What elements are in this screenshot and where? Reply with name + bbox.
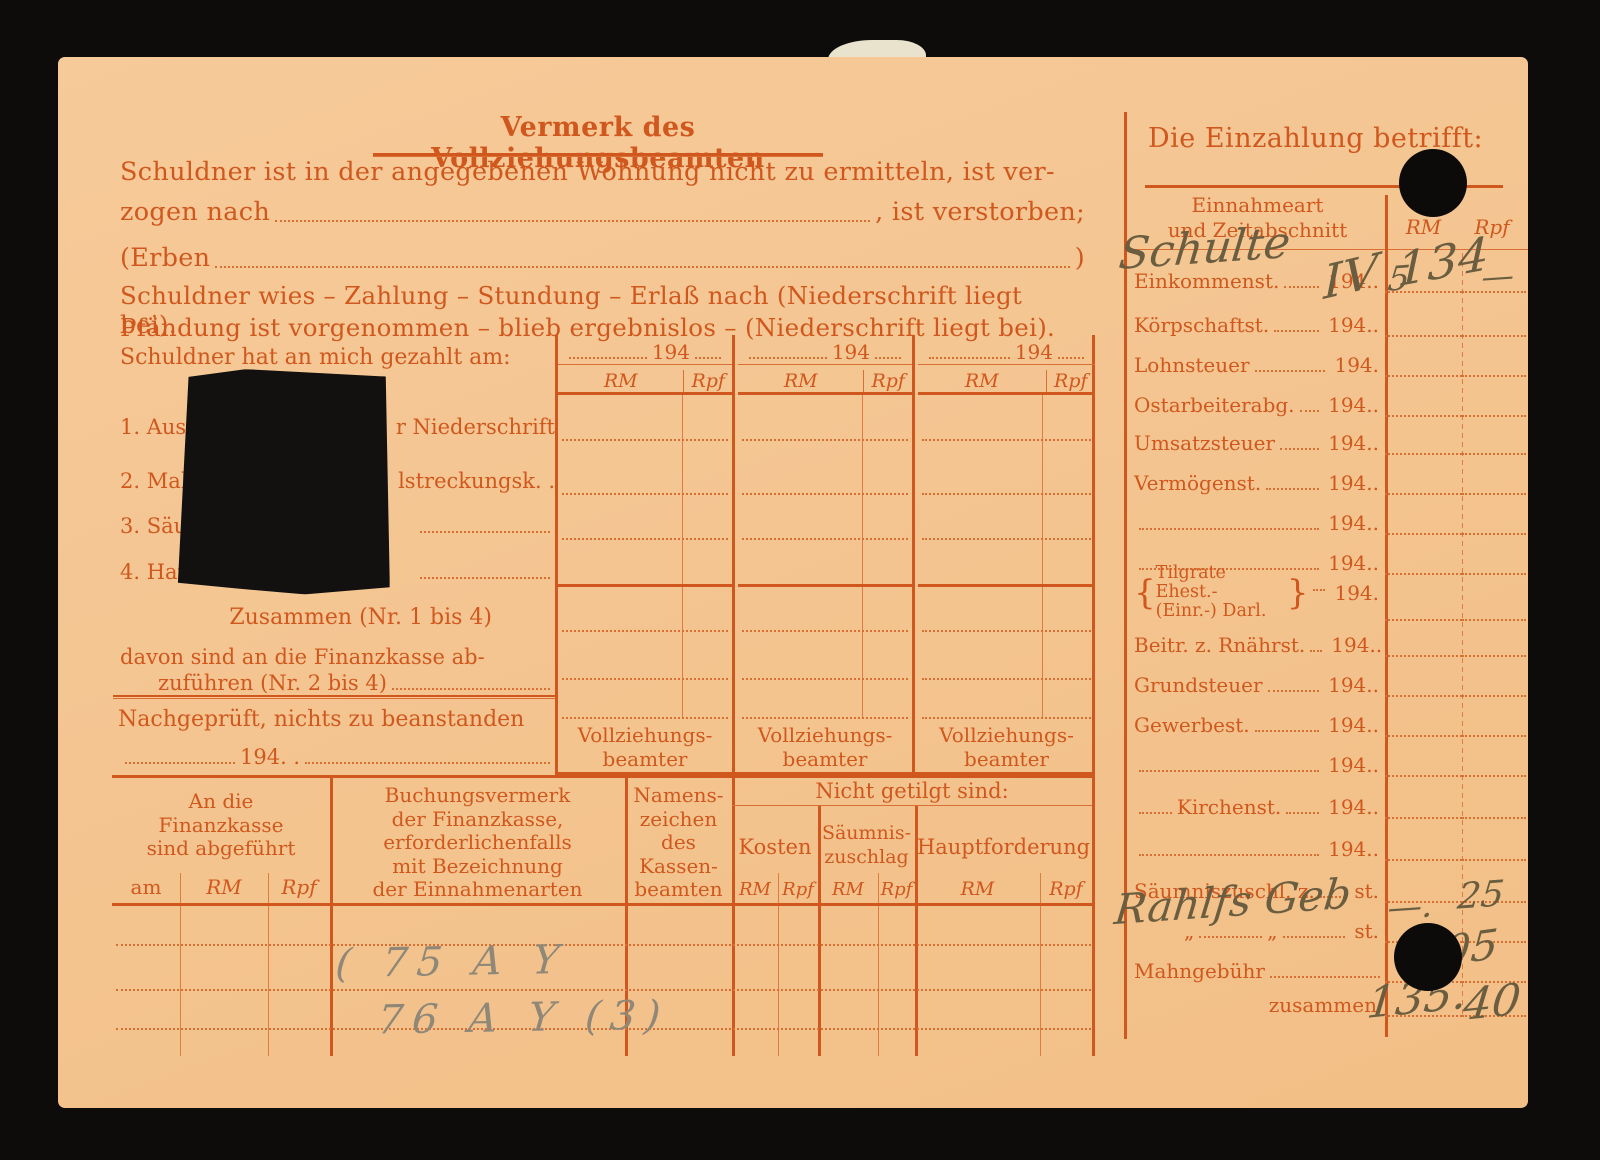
officer-label: Vollziehungs- beamter [738,723,912,771]
brace-open: { [1134,578,1156,608]
kosten-rm-header: RM [732,878,778,902]
tax-row-lohnsteuer: Lohnsteuer194. [1130,337,1526,377]
rm-cell [1385,415,1462,455]
payments-column-1: 194 RM Rpf Vollziehungs- beamter [558,335,735,772]
namen-line-2: zeichen [625,808,732,832]
column-separator [682,395,683,717]
dotted-line [1283,936,1346,938]
buchung-line-3: erforderlichenfalls [330,831,625,855]
form-card: Vermerk des Vollziehungsbeamten Schuldne… [58,57,1528,1108]
rpf-cell [1462,337,1526,377]
dotted-line [1139,770,1319,772]
row-line [116,989,1091,991]
am-column-header: am [112,876,180,900]
tax-year: 194.. [1324,795,1385,819]
dotted-line [1199,936,1262,938]
redaction-box [178,368,395,596]
rm-cell [1385,657,1462,697]
tax-label: Beitr. z. Rnährst. [1134,633,1305,657]
dotted-line [1139,528,1319,530]
header-bottom-rule [112,903,1095,906]
tax-row-beitrag-rnaehrstand: Beitr. z. Rnährst.194.. [1130,617,1526,657]
dotted-line [1300,410,1320,412]
dotted-line [695,357,721,359]
dotted-line [1139,812,1172,814]
finanzkasse-line-3: sind abgeführt [112,837,330,861]
rpf-label: Rpf [1046,370,1095,392]
tax-label: Grundsteuer [1134,673,1263,697]
tax-row-blank-3: 194.. [1130,737,1526,777]
paid-item-2-post: lstreckungsk. . [398,469,555,493]
column-separator [862,395,863,717]
dotted-line [1268,690,1320,692]
year-label: 194 [832,340,870,364]
buchung-line-1: Buchungsvermerk [330,784,625,808]
intro-line-3: (Erben ) [120,243,1085,273]
tax-row-ostarbeiterabgabe: Ostarbeiterabg.194.. [1130,377,1526,417]
rm-cell [1385,377,1462,417]
namen-line-1: Namens- [625,784,732,808]
officer-line-1: Vollziehungs- [918,723,1095,747]
paid-item-3-pre: 3. Säu [120,514,187,538]
section-line [558,584,732,587]
tax-year: 194.. [1324,471,1385,495]
table-rule [732,778,735,1056]
year-header: 194 [738,335,912,365]
group-header-rule [732,805,1092,806]
row-line [562,493,728,495]
handwritten-total-rpf: 40 [1461,974,1523,1031]
tax-label: Ostarbeiterabg. [1134,393,1295,417]
section-line [738,584,912,587]
rm-cell [1385,821,1462,861]
dotted-line [1310,650,1322,652]
dotted-line [420,577,550,579]
row-line [742,630,908,632]
row-line [742,717,908,719]
handwritten-income-rpf: — [1480,256,1516,296]
row-line [562,678,728,680]
buchung-line-4: mit Bezeichnung [330,855,625,879]
payments-column-3: 194 RM Rpf Vollziehungs- beamter [918,335,1095,772]
rm-cell [1385,455,1462,495]
namen-line-5: beamten [625,878,732,902]
year-blank-line: 194. . [120,745,555,769]
dotted-line [749,357,827,359]
dotted-line [1266,488,1319,490]
pencil-note-1: ( 75 A Y [334,937,570,987]
tax-row-grundsteuer: Grundsteuer194.. [1130,657,1526,697]
rpf-cell [1462,565,1526,621]
finanzkasse-line-2: Finanzkasse [112,814,330,838]
finanzkasse-header: An die Finanzkasse sind abgeführt [112,790,330,861]
row-line [562,439,728,441]
year-blank: 194. . [240,745,300,769]
tax-row-tilgrate: { Tilgrate Ehest.- (Einr.-) Darl. } 194. [1130,565,1526,621]
payments-cells: Vollziehungs- beamter [738,395,912,769]
officer-line-2: beamter [558,747,732,771]
dotted-line [125,762,235,764]
officer-line-2: beamter [918,747,1095,771]
rpf-cell [1462,779,1526,819]
officer-label: Vollziehungs- beamter [918,723,1095,771]
currency-header: RM Rpf [918,365,1095,395]
tax-row-umsatzsteuer: Umsatzsteuer194.. [1130,415,1526,455]
rpf-cell [1462,495,1526,535]
payments-column-2: 194 RM Rpf Vollziehungs- beamter [738,335,915,772]
year-header: 194 [918,335,1095,365]
tax-row-kirchensteuer: Kirchenst.194.. [1130,779,1526,819]
dotted-line [1274,330,1319,332]
row-line [922,630,1091,632]
dotted-line [1058,357,1084,359]
rpf-cell [1462,697,1526,737]
dotted-line [569,357,647,359]
rpf-cell [1462,297,1526,337]
remit-line-2-label: zuführen (Nr. 2 bis 4) [158,671,387,695]
row-line [562,630,728,632]
rpf-cell [1462,455,1526,495]
rm-cell [1385,617,1462,657]
einzahlung-title: Die Einzahlung betrifft: [1148,123,1528,154]
intro-line-2-pre: zogen nach [120,197,270,227]
intro-line-3-post: ) [1075,243,1085,273]
dotted-line [1139,854,1319,856]
dotted-line [875,357,901,359]
row-line [742,678,908,680]
row-line [922,538,1091,540]
year-header: 194 [558,335,732,365]
year-label: 194 [1015,340,1053,364]
rpf-cell [1462,617,1526,657]
punch-hole-top [1399,149,1467,217]
rm-label: RM [738,370,863,392]
scanned-form-card: { "colors": { "paper": "#f5c795", "ink":… [0,0,1600,1160]
einnahmeart-line-1: Einnahmeart [1130,193,1385,218]
row-line [922,678,1091,680]
kosten-rpf-header: Rpf [778,878,818,902]
tax-row-blank-4: 194.. [1130,821,1526,861]
nicht-getilgt-header: Nicht getilgt sind: [732,780,1092,804]
paid-section-heading: Schuldner hat an mich gezahlt am: [120,345,511,370]
tax-unit: st. [1350,919,1385,943]
rm-column-header: RM [180,876,268,900]
tax-row-vermoegensteuer: Vermögenst.194.. [1130,455,1526,495]
rm-label: RM [558,370,683,392]
tax-year: 194.. [1324,837,1385,861]
haupt-rm-header: RM [915,878,1040,902]
handwritten-fee-rpf: 25 [1456,873,1507,917]
row-line [742,493,908,495]
dotted-line [1255,730,1319,732]
buchung-line-2: der Finanzkasse, [330,808,625,832]
rm-cell [1385,779,1462,819]
tax-year: 194.. [1324,393,1385,417]
namenszeichen-header: Namens- zeichen des Kassen- beamten [625,784,732,902]
officer-label: Vollziehungs- beamter [558,723,732,771]
pencil-note-2: 76 A Y (3) [376,992,672,1043]
dotted-line [305,762,550,764]
dotted-line [1284,286,1319,288]
officer-line-1: Vollziehungs- [738,723,912,747]
haupt-rpf-header: Rpf [1040,878,1092,902]
payments-cells: Vollziehungs- beamter [918,395,1095,769]
rm-cell [1385,565,1462,621]
rpf-cell [1462,377,1526,417]
saeumnis-line-2: zuschlag [818,846,915,870]
tilgrate-line-1: Tilgrate Ehest.- [1156,564,1287,602]
paid-item-1-pre: 1. Aus [120,415,186,439]
tax-year: 194.. [1324,753,1385,777]
hauptforderung-header: Hauptforderung [915,836,1092,860]
kosten-header: Kosten [732,836,818,860]
section-line [918,584,1095,587]
dotted-line [1286,812,1319,814]
rpf-column-header: Rpf [268,876,330,900]
double-rule [113,695,555,699]
rm-cell [1385,297,1462,337]
officer-line-1: Vollziehungs- [558,723,732,747]
intro-line-1: Schuldner ist in der angegebenen Wohnung… [120,157,1085,187]
row-line [742,538,908,540]
tax-year: 194.. [1324,313,1385,337]
dotted-line [1280,448,1319,450]
rpf-cell [1462,821,1526,861]
tax-year: 194.. [1324,673,1385,697]
tax-label: Kirchenst. [1177,795,1281,819]
buchungsvermerk-header: Buchungsvermerk der Finanzkasse, erforde… [330,784,625,902]
buchung-line-5: der Einnahmenarten [330,878,625,902]
tax-label: Lohnsteuer [1134,353,1250,377]
namen-line-4: Kassen- [625,855,732,879]
tax-year: 194.. [1324,511,1385,535]
rm-cell [1385,697,1462,737]
currency-header: RM Rpf [558,365,732,395]
tax-row-blank-1: 194.. [1130,495,1526,535]
tax-year: 194. [1330,581,1385,605]
intro-line-2-post: , ist verstorben; [875,197,1085,227]
tax-year: 194.. [1324,431,1385,455]
row-line [922,717,1091,719]
dotted-line [1313,589,1325,591]
rm-cell [1385,737,1462,777]
checked-label: Nachgeprüft, nichts zu beanstanden [118,707,524,732]
brace-close: } [1287,578,1309,608]
tax-label: Körpschaftst. [1134,313,1269,337]
year-label: 194 [652,340,690,364]
tax-label: Gewerbest. [1134,713,1250,737]
saeumniszuschlag-header: Säumnis- zuschlag [818,822,915,869]
dotted-line [392,688,550,690]
tax-year: 194.. [1324,713,1385,737]
tax-label: Umsatzsteuer [1134,431,1275,455]
sum-label: Zusammen (Nr. 1 bis 4) [120,605,492,630]
row-line [562,717,728,719]
blank-line [215,266,1069,268]
column-separator [1042,395,1043,717]
rpf-label: Rpf [863,370,912,392]
rm-cell [1385,495,1462,535]
saeumnis-line-1: Säumnis- [818,822,915,846]
tax-year: 194. [1330,353,1385,377]
sz-rpf-header: Rpf [878,878,915,902]
rpf-cell [1462,737,1526,777]
sz-rm-header: RM [818,878,878,902]
rpf-cell [1462,657,1526,697]
intro-line-2: zogen nach , ist verstorben; [120,197,1085,227]
row-line [116,944,1091,946]
tax-label: Vermögenst. [1134,471,1261,495]
rm-label: RM [918,370,1046,392]
rpf-cell [1462,415,1526,455]
row-line [922,493,1091,495]
dotted-line [1255,370,1326,372]
namen-line-3: des [625,831,732,855]
punch-hole-bottom [1394,923,1462,991]
tax-year: 194.. [1327,633,1388,657]
remit-line-1: davon sind an die Finanzkasse ab- [120,645,485,669]
finanzkasse-line-1: An die [112,790,330,814]
paid-item-1-post: r Niederschrift [396,415,555,439]
rpf-label: Rpf [683,370,732,392]
remit-line-2: zuführen (Nr. 2 bis 4) [158,671,555,695]
table-rule [1092,778,1095,1056]
tax-label: Tilgrate Ehest.- (Einr.-) Darl. [1156,564,1287,621]
row-line [742,439,908,441]
tax-unit: st. [1350,879,1385,903]
intro-line-3-pre: (Erben [120,243,210,273]
payments-cells: Vollziehungs- beamter [558,395,732,769]
dotted-line [420,531,550,533]
officer-line-2: beamter [738,747,912,771]
payments-table: 194 RM Rpf Vollziehungs- beamter [555,335,1095,775]
rm-cell [1385,337,1462,377]
row-line [922,439,1091,441]
currency-header: RM Rpf [738,365,912,395]
tax-row-gewerbesteuer: Gewerbest.194.. [1130,697,1526,737]
row-line [562,538,728,540]
dotted-line [929,357,1010,359]
blank-line [275,220,870,222]
